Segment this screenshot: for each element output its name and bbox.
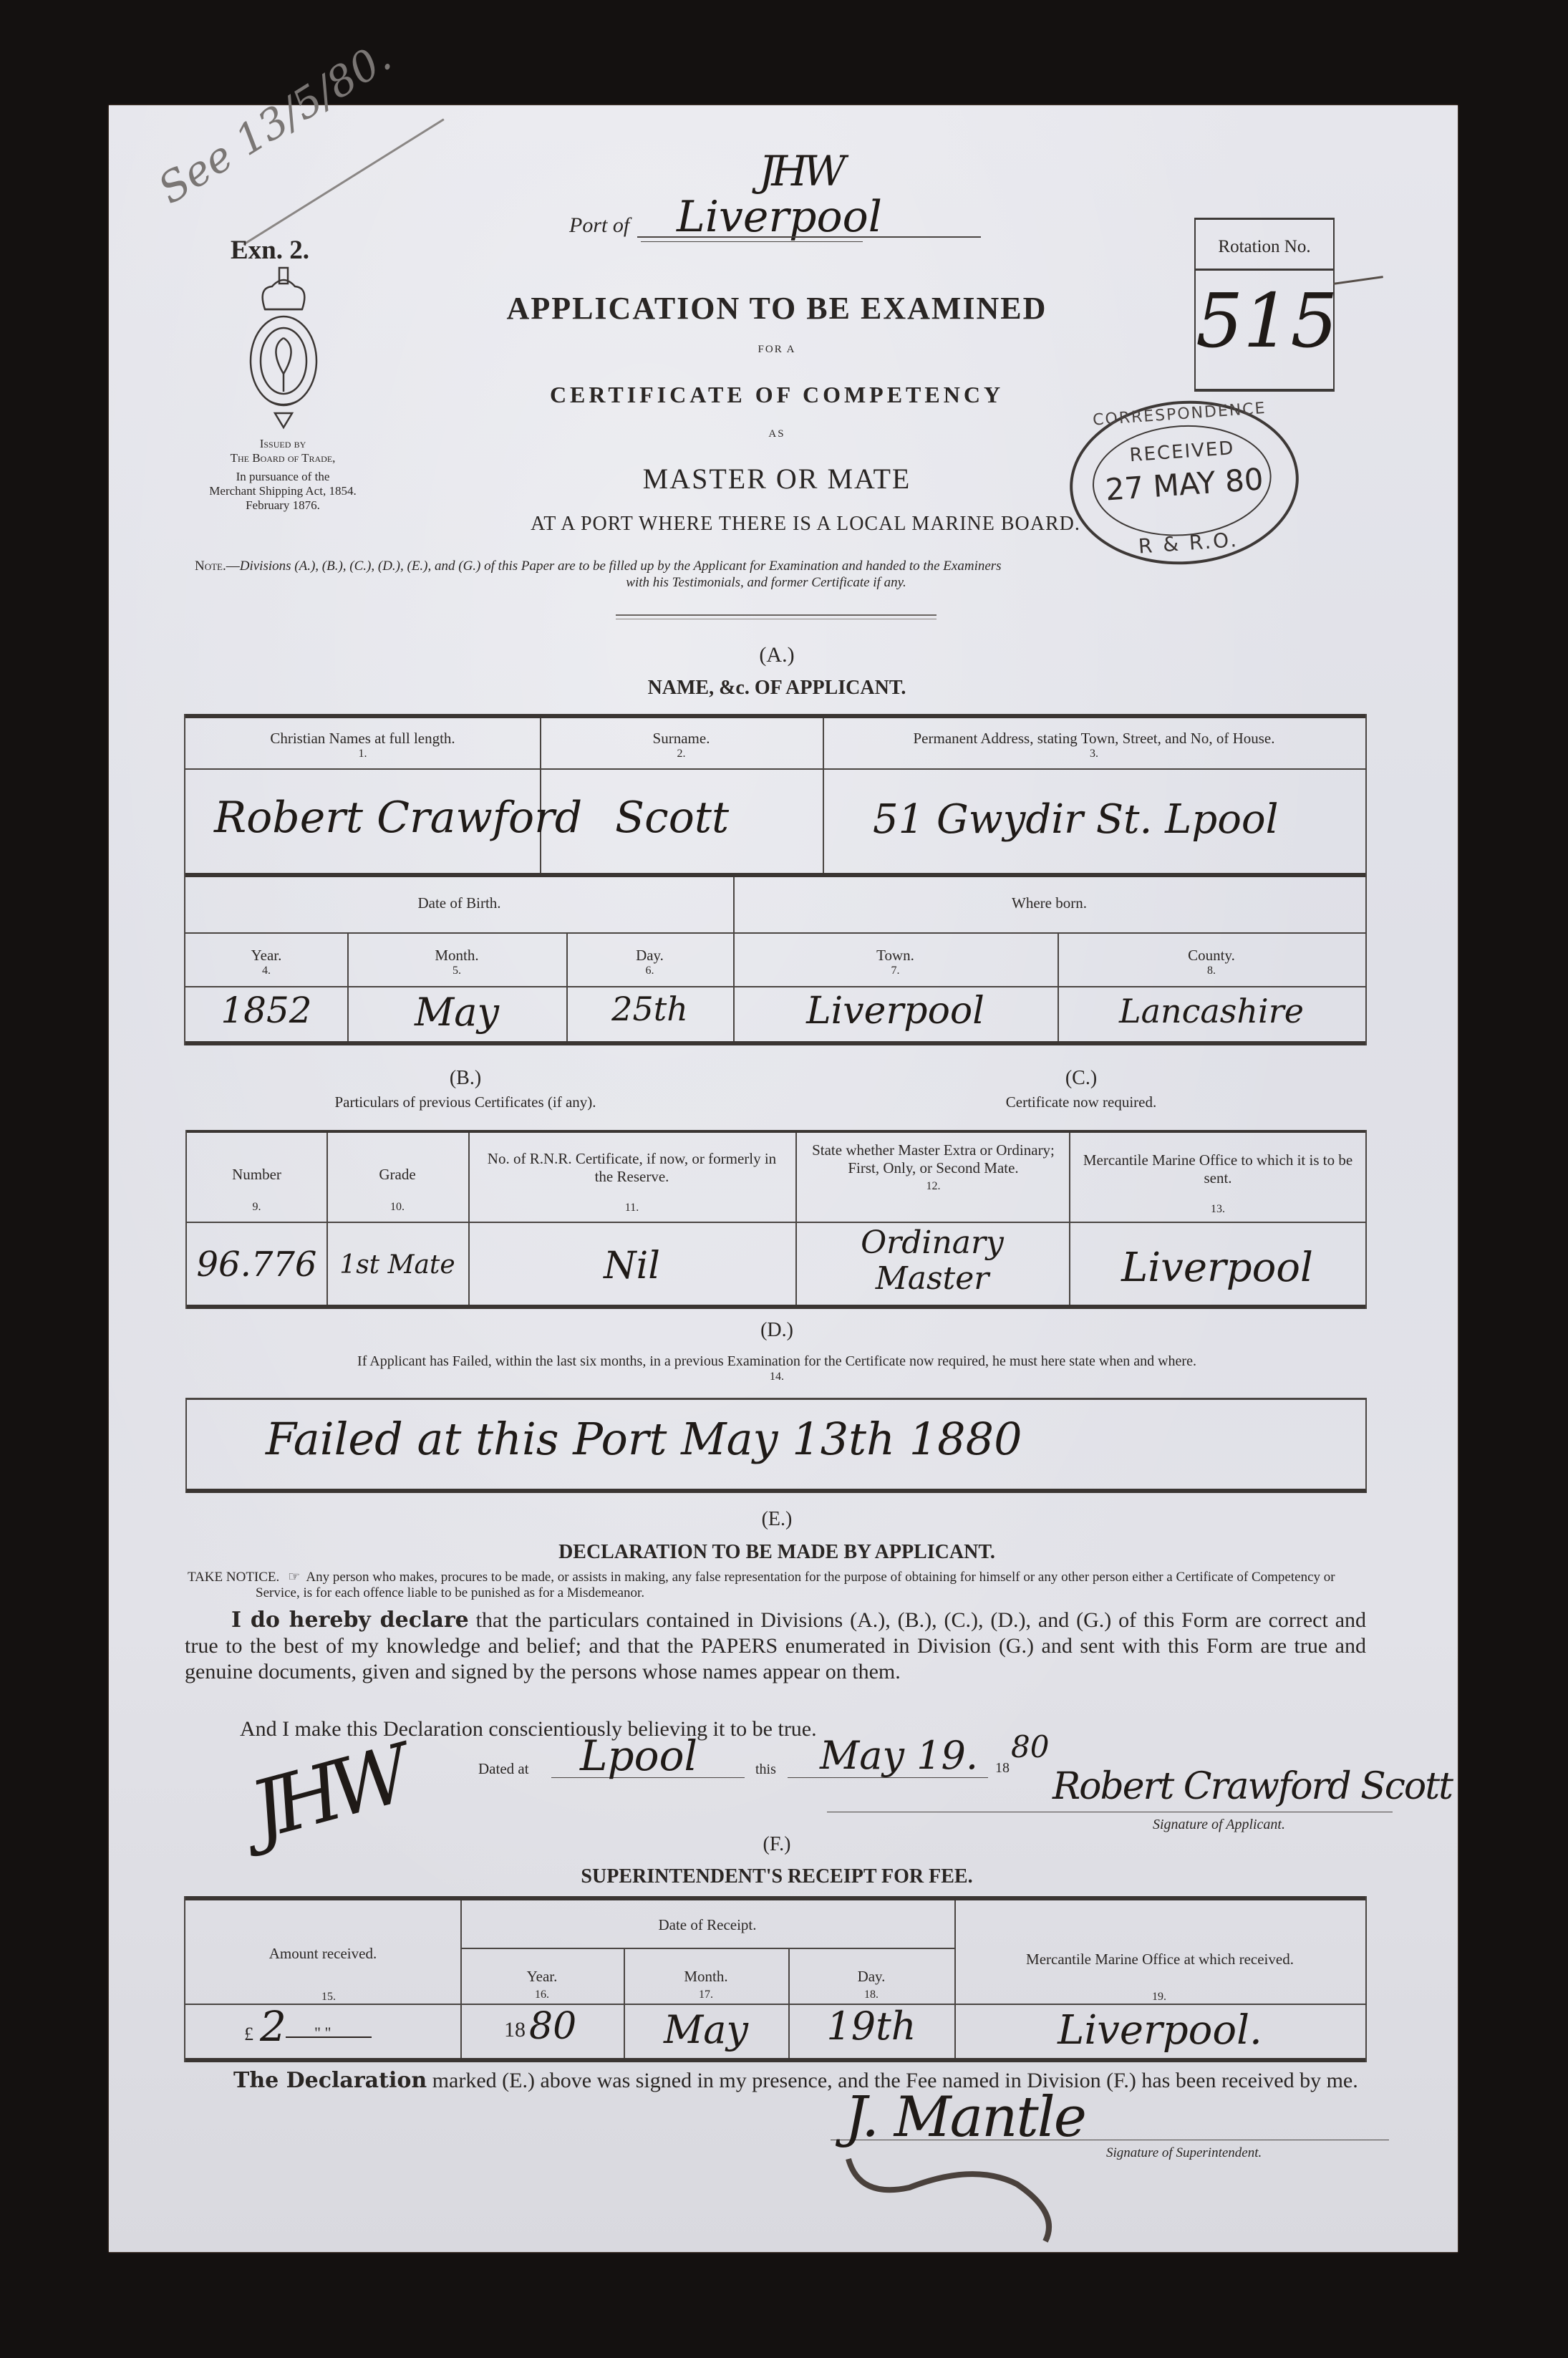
header-master-state: State whether Master Extra or Ordinary; … xyxy=(810,1141,1057,1195)
take-notice-label: TAKE NOTICE. xyxy=(188,1570,279,1585)
dated-at-label: Dated at xyxy=(478,1760,529,1778)
header-christian-names: Christian Names at full length.1. xyxy=(185,730,540,760)
note-line-2: with his Testimonials, and former Certif… xyxy=(401,575,1131,591)
header-county: County.8. xyxy=(1058,947,1365,977)
signature-flourish xyxy=(845,2155,1146,2248)
header-month: Month.5. xyxy=(347,947,566,977)
note-divider-2 xyxy=(616,619,937,619)
port-label: Port of xyxy=(569,213,629,238)
value-state-line-2[interactable]: Master xyxy=(795,1260,1069,1297)
note-label: Note.— xyxy=(195,559,240,574)
value-state-line-1[interactable]: Ordinary xyxy=(795,1224,1069,1261)
header-grade: Grade10. xyxy=(326,1166,468,1216)
value-day[interactable]: 25th xyxy=(566,990,733,1028)
take-notice-text: Any person who makes, procures to be mad… xyxy=(256,1570,1335,1600)
superintendent-label: Signature of Superintendent. xyxy=(1106,2145,1262,2161)
header-amount-num: 15. xyxy=(307,1988,350,2006)
section-e-title: DECLARATION TO BE MADE BY APPLICANT. xyxy=(387,1541,1167,1564)
this-label: this xyxy=(755,1762,776,1778)
section-f-table: Amount received. 15. Date of Receipt. Ye… xyxy=(184,1896,1367,2062)
form-code: Exn. 2. xyxy=(231,235,309,266)
value-currency: £ xyxy=(244,2024,253,2045)
header-rnr: No. of R.N.R. Certificate, if now, or fo… xyxy=(477,1150,787,1217)
superintendent-declaration: The Declaration marked (E.) above was si… xyxy=(185,2068,1366,2094)
value-receipt-year-suffix[interactable]: 80 xyxy=(529,2005,576,2048)
title-line-5: MASTER OR MATE xyxy=(387,462,1167,496)
section-a-letter: (A.) xyxy=(387,643,1167,667)
applicant-signature[interactable]: Robert Crawford Scott xyxy=(1052,1765,1452,1808)
section-d-box: Failed at this Port May 13th 1880 xyxy=(185,1398,1367,1493)
value-failed-statement[interactable]: Failed at this Port May 13th 1880 xyxy=(266,1413,1022,1465)
rotation-label: Rotation No. xyxy=(1196,220,1333,257)
title-line-3: CERTIFICATE OF COMPETENCY xyxy=(387,382,1167,408)
board-of-trade-crest-icon xyxy=(243,266,324,431)
value-receipt-month[interactable]: May xyxy=(624,2007,788,2052)
declare-lead: I do hereby declare xyxy=(231,1608,469,1633)
header-town: Town.7. xyxy=(733,947,1058,977)
year-suffix[interactable]: 80 xyxy=(1011,1729,1049,1764)
value-christian-names[interactable]: Robert Crawford xyxy=(214,793,582,843)
header-address: Permanent Address, stating Town, Street,… xyxy=(823,730,1365,760)
value-amount-tail: " " xyxy=(314,2024,331,2042)
port-value: Liverpool xyxy=(677,192,882,242)
header-amount: Amount received. xyxy=(185,1945,460,1963)
superintendent-signature[interactable]: J. Mantle xyxy=(845,2085,1085,2150)
header-receipt-month: Month.17. xyxy=(624,1968,788,2004)
header-where-born: Where born. xyxy=(733,894,1365,912)
issuer-line-4: Merchant Shipping Act, 1854. xyxy=(179,484,387,498)
take-notice: TAKE NOTICE.☞Any person who makes, procu… xyxy=(188,1570,1369,1601)
dated-at-value[interactable]: Lpool xyxy=(580,1731,697,1780)
title-line-4: AS xyxy=(387,428,1167,440)
section-d-instruction: If Applicant has Failed, within the last… xyxy=(186,1353,1368,1370)
value-amount[interactable]: 2 xyxy=(260,2002,286,2051)
value-receipt-year-prefix: 18 xyxy=(504,2018,526,2042)
header-mercantile-office: Mercantile Marine Office to which it is … xyxy=(1082,1151,1354,1218)
value-receipt-day[interactable]: 19th xyxy=(788,2004,954,2049)
issuer-line-1: Issued by xyxy=(179,437,387,451)
date-value[interactable]: May 19. xyxy=(820,1733,978,1778)
declaration-paragraph: I do hereby declare that the particulars… xyxy=(185,1608,1366,1685)
port-initials: JHW xyxy=(759,147,841,195)
value-year[interactable]: 1852 xyxy=(185,990,347,1031)
port-underline xyxy=(637,236,981,238)
section-d-letter: (D.) xyxy=(387,1319,1167,1342)
value-county[interactable]: Lancashire xyxy=(1058,992,1365,1030)
section-c-title: Certificate now required. xyxy=(931,1093,1231,1111)
rotation-box: Rotation No. 515 xyxy=(1194,218,1335,392)
signature-line xyxy=(827,1812,1393,1812)
pointing-hand-icon: ☞ xyxy=(288,1570,300,1585)
section-f-letter: (F.) xyxy=(387,1833,1167,1856)
value-office[interactable]: Liverpool xyxy=(1069,1245,1365,1291)
value-surname[interactable]: Scott xyxy=(615,793,729,843)
header-number: Number9. xyxy=(187,1166,326,1216)
note-divider xyxy=(616,614,937,616)
signature-label: Signature of Applicant. xyxy=(1153,1817,1285,1833)
header-receipt-day: Day.18. xyxy=(788,1968,954,2004)
header-day: Day.6. xyxy=(566,947,733,977)
issuer-line-2: The Board of Trade, xyxy=(179,451,387,465)
header-date-of-receipt: Date of Receipt. xyxy=(460,1916,954,1934)
header-surname: Surname.2. xyxy=(540,730,823,760)
value-rnr[interactable]: Nil xyxy=(468,1245,795,1287)
value-town[interactable]: Liverpool xyxy=(733,990,1058,1033)
title-line-1: APPLICATION TO BE EXAMINED xyxy=(387,290,1167,327)
section-a-title: NAME, &c. OF APPLICANT. xyxy=(387,677,1167,700)
note-text-1: Divisions (A.), (B.), (C.), (D.), (E.), … xyxy=(240,559,1002,574)
section-d-num: 14. xyxy=(387,1371,1167,1383)
rotation-value: 515 xyxy=(1196,277,1333,364)
header-receipt-year: Year.16. xyxy=(460,1968,624,2004)
footer-lead: The Declaration xyxy=(233,2068,427,2093)
value-address[interactable]: 51 Gwydir St. Lpool xyxy=(873,796,1279,843)
section-b-letter: (B.) xyxy=(401,1067,530,1090)
section-e-letter: (E.) xyxy=(387,1508,1167,1531)
section-f-title: SUPERINTENDENT'S RECEIPT FOR FEE. xyxy=(387,1865,1167,1888)
value-grade[interactable]: 1st Mate xyxy=(326,1250,468,1280)
note-line-1: Note.—Divisions (A.), (B.), (C.), (D.), … xyxy=(195,559,1412,574)
port-double-rule xyxy=(641,241,863,242)
section-c-letter: (C.) xyxy=(1017,1067,1146,1090)
header-date-of-birth: Date of Birth. xyxy=(185,894,733,912)
header-year: Year.4. xyxy=(185,947,347,977)
value-receipt-office[interactable]: Liverpool. xyxy=(954,2007,1365,2054)
issuer-line-5: February 1876. xyxy=(179,498,387,513)
value-cert-number[interactable]: 96.776 xyxy=(187,1245,326,1285)
title-line-2: FOR A xyxy=(387,344,1167,356)
section-bc-table: Number9. Grade10. No. of R.N.R. Certific… xyxy=(185,1130,1367,1309)
issuer-block: Issued by The Board of Trade, In pursuan… xyxy=(179,437,387,513)
header-receipt-office-num: 19. xyxy=(1138,1988,1181,2006)
section-b-title: Particulars of previous Certificates (if… xyxy=(258,1093,673,1111)
conscience-text: And I make this Declaration conscientiou… xyxy=(240,1717,817,1741)
value-month[interactable]: May xyxy=(347,990,566,1035)
year-prefix: 18 xyxy=(995,1760,1010,1777)
section-a-table: Christian Names at full length.1. Surnam… xyxy=(184,714,1367,1045)
header-receipt-office: Mercantile Marine Office at which receiv… xyxy=(954,1951,1365,1968)
issuer-line-3: In pursuance of the xyxy=(179,470,387,484)
